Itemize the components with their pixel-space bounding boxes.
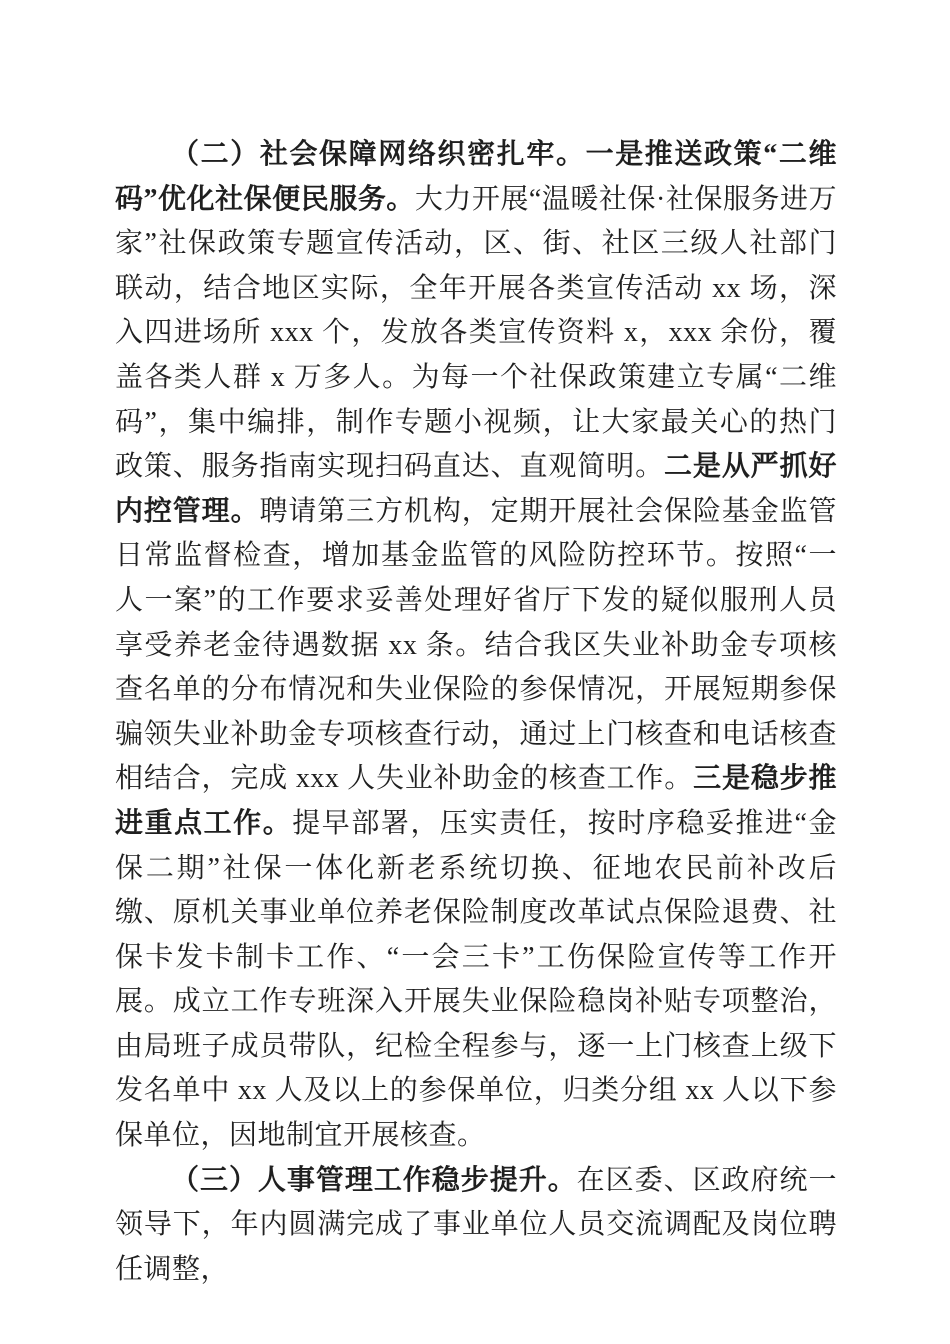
paragraph-social-security: （二）社会保障网络织密扎牢。一是推送政策“二维码”优化社保便民服务。大力开展“温…	[115, 133, 837, 1159]
text-run: （二）社会保障网络织密扎牢。	[171, 139, 586, 170]
text-run: 聘请第三方机构，定期开展社会保险基金监管日常监督检查，增加基金监管的风险防控环节…	[115, 496, 837, 795]
document-page: （二）社会保障网络织密扎牢。一是推送政策“二维码”优化社保便民服务。大力开展“温…	[0, 0, 950, 1344]
paragraph-personnel-management: （三）人事管理工作稳步提升。在区委、区政府统一领导下，年内圆满完成了事业单位人员…	[115, 1159, 837, 1293]
text-run: 提早部署，压实责任，按时序稳妥推进“金保二期”社保一体化新老系统切换、征地农民前…	[115, 808, 837, 1151]
text-run: 大力开展“温暖社保·社保服务进万家”社保政策专题宣传活动，区、街、社区三级人社部…	[115, 184, 837, 483]
text-run: （三）人事管理工作稳步提升。	[171, 1165, 577, 1196]
document-body: （二）社会保障网络织密扎牢。一是推送政策“二维码”优化社保便民服务。大力开展“温…	[115, 133, 837, 1292]
